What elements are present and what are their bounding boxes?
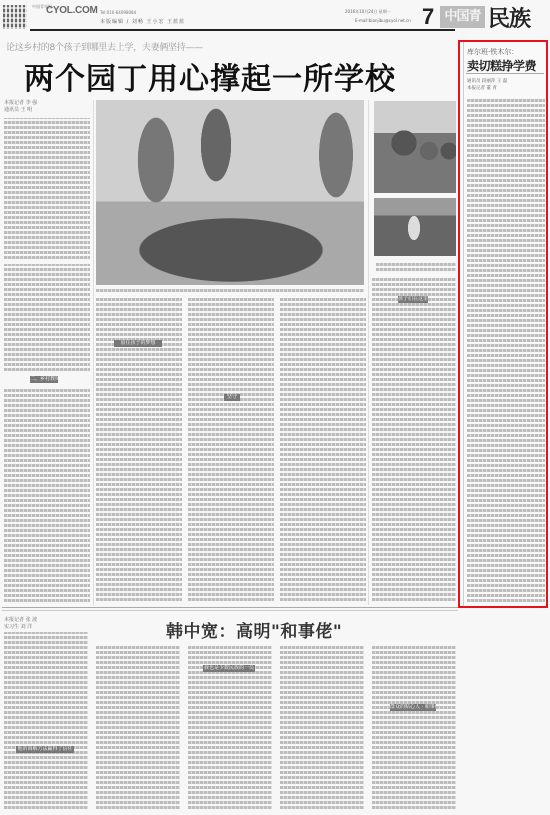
section-title: 民族 <box>488 2 530 33</box>
body-text-column <box>4 264 90 372</box>
section-subhead: 群众的贴心人 · 和事佬 <box>390 704 436 711</box>
second-article-headline: 韩中宽：高明"和事佬" <box>166 617 342 642</box>
article-byline: 本报记者 李 强 通讯员 王 明 <box>4 100 94 114</box>
issue-date: 2016年10月24日 星期一 <box>345 9 391 15</box>
column-divider <box>368 100 369 605</box>
photo-children-classroom <box>374 101 456 193</box>
body-text-column <box>280 296 366 602</box>
body-text-column <box>4 632 88 810</box>
section-subhead: 我也是少数民族的一员 <box>203 665 255 672</box>
byline-line: 本报记者 李 强 <box>4 100 94 107</box>
section-subhead: 孩子们在这里上学 <box>398 296 428 303</box>
email-line: E-mail:bianjibu@cyol.net.cn <box>355 18 411 23</box>
section-subhead: 坚守 <box>224 394 240 401</box>
site-logo: CYOL.COM <box>46 5 98 16</box>
byline-line: 实习生 刘 洋 <box>4 624 37 631</box>
tel-line: Tel:010-64098084 <box>100 10 136 15</box>
featured-headline: 卖切糕挣学费 <box>467 57 536 74</box>
body-text-column <box>4 118 90 260</box>
qr-code-icon <box>3 5 27 29</box>
body-text-column <box>372 646 456 810</box>
article-kicker: 论这乡村的8个孩子到哪里去上学，夫妻俩坚持—— <box>6 40 203 53</box>
page-number: 7 <box>422 4 434 30</box>
section-subhead: 留住孩子的梦想 <box>114 340 162 347</box>
featured-byline: 通讯员 段丽萍 王 磊 本报记者 董 青 <box>467 78 507 92</box>
article-divider <box>2 610 458 611</box>
body-text-column <box>280 646 364 810</box>
column-divider <box>93 100 94 605</box>
byline-line: 本报记者 张 波 <box>4 617 37 624</box>
body-text-column <box>372 278 456 602</box>
photo-caption-right <box>376 262 456 272</box>
masthead: 中国青年报 CYOL.COM Tel:010-64098084 本版编辑 / 刘… <box>0 0 550 34</box>
article-headline: 两个园丁用心撑起一所学校 <box>24 54 396 98</box>
section-subhead: 二、乡村教师 <box>30 376 58 383</box>
byline-line: 通讯员 王 明 <box>4 107 94 114</box>
editors-line: 本版编辑 / 刘畅 王小宏 王蓝蓝 <box>100 18 185 25</box>
masthead-rule <box>30 29 455 31</box>
featured-body-text <box>467 98 545 603</box>
newspaper-logo: 中国青年 <box>440 6 485 28</box>
photo-caption <box>96 288 364 293</box>
newspaper-page: 中国青年报 CYOL.COM Tel:010-64098084 本版编辑 / 刘… <box>0 0 550 815</box>
photo-group-schoolchildren <box>96 100 364 285</box>
section-subhead: 他的调解方法赢得了信任 <box>16 746 74 753</box>
featured-rule <box>466 73 544 74</box>
byline-line: 本报记者 董 青 <box>467 85 507 92</box>
box-inner-rule <box>463 42 464 606</box>
body-text-column <box>4 388 90 603</box>
article-divider <box>2 607 458 608</box>
featured-article-box: 库尔班·铁木尔： 卖切糕挣学费 通讯员 段丽萍 王 磊 本报记者 董 青 <box>458 40 548 608</box>
body-text-column <box>96 646 180 810</box>
body-text-column <box>188 296 274 602</box>
byline-line: 通讯员 段丽萍 王 磊 <box>467 78 507 85</box>
featured-kicker: 库尔班·铁木尔： <box>467 47 518 57</box>
photo-school-building <box>374 198 456 256</box>
second-article-byline: 本报记者 张 波 实习生 刘 洋 <box>4 617 37 631</box>
